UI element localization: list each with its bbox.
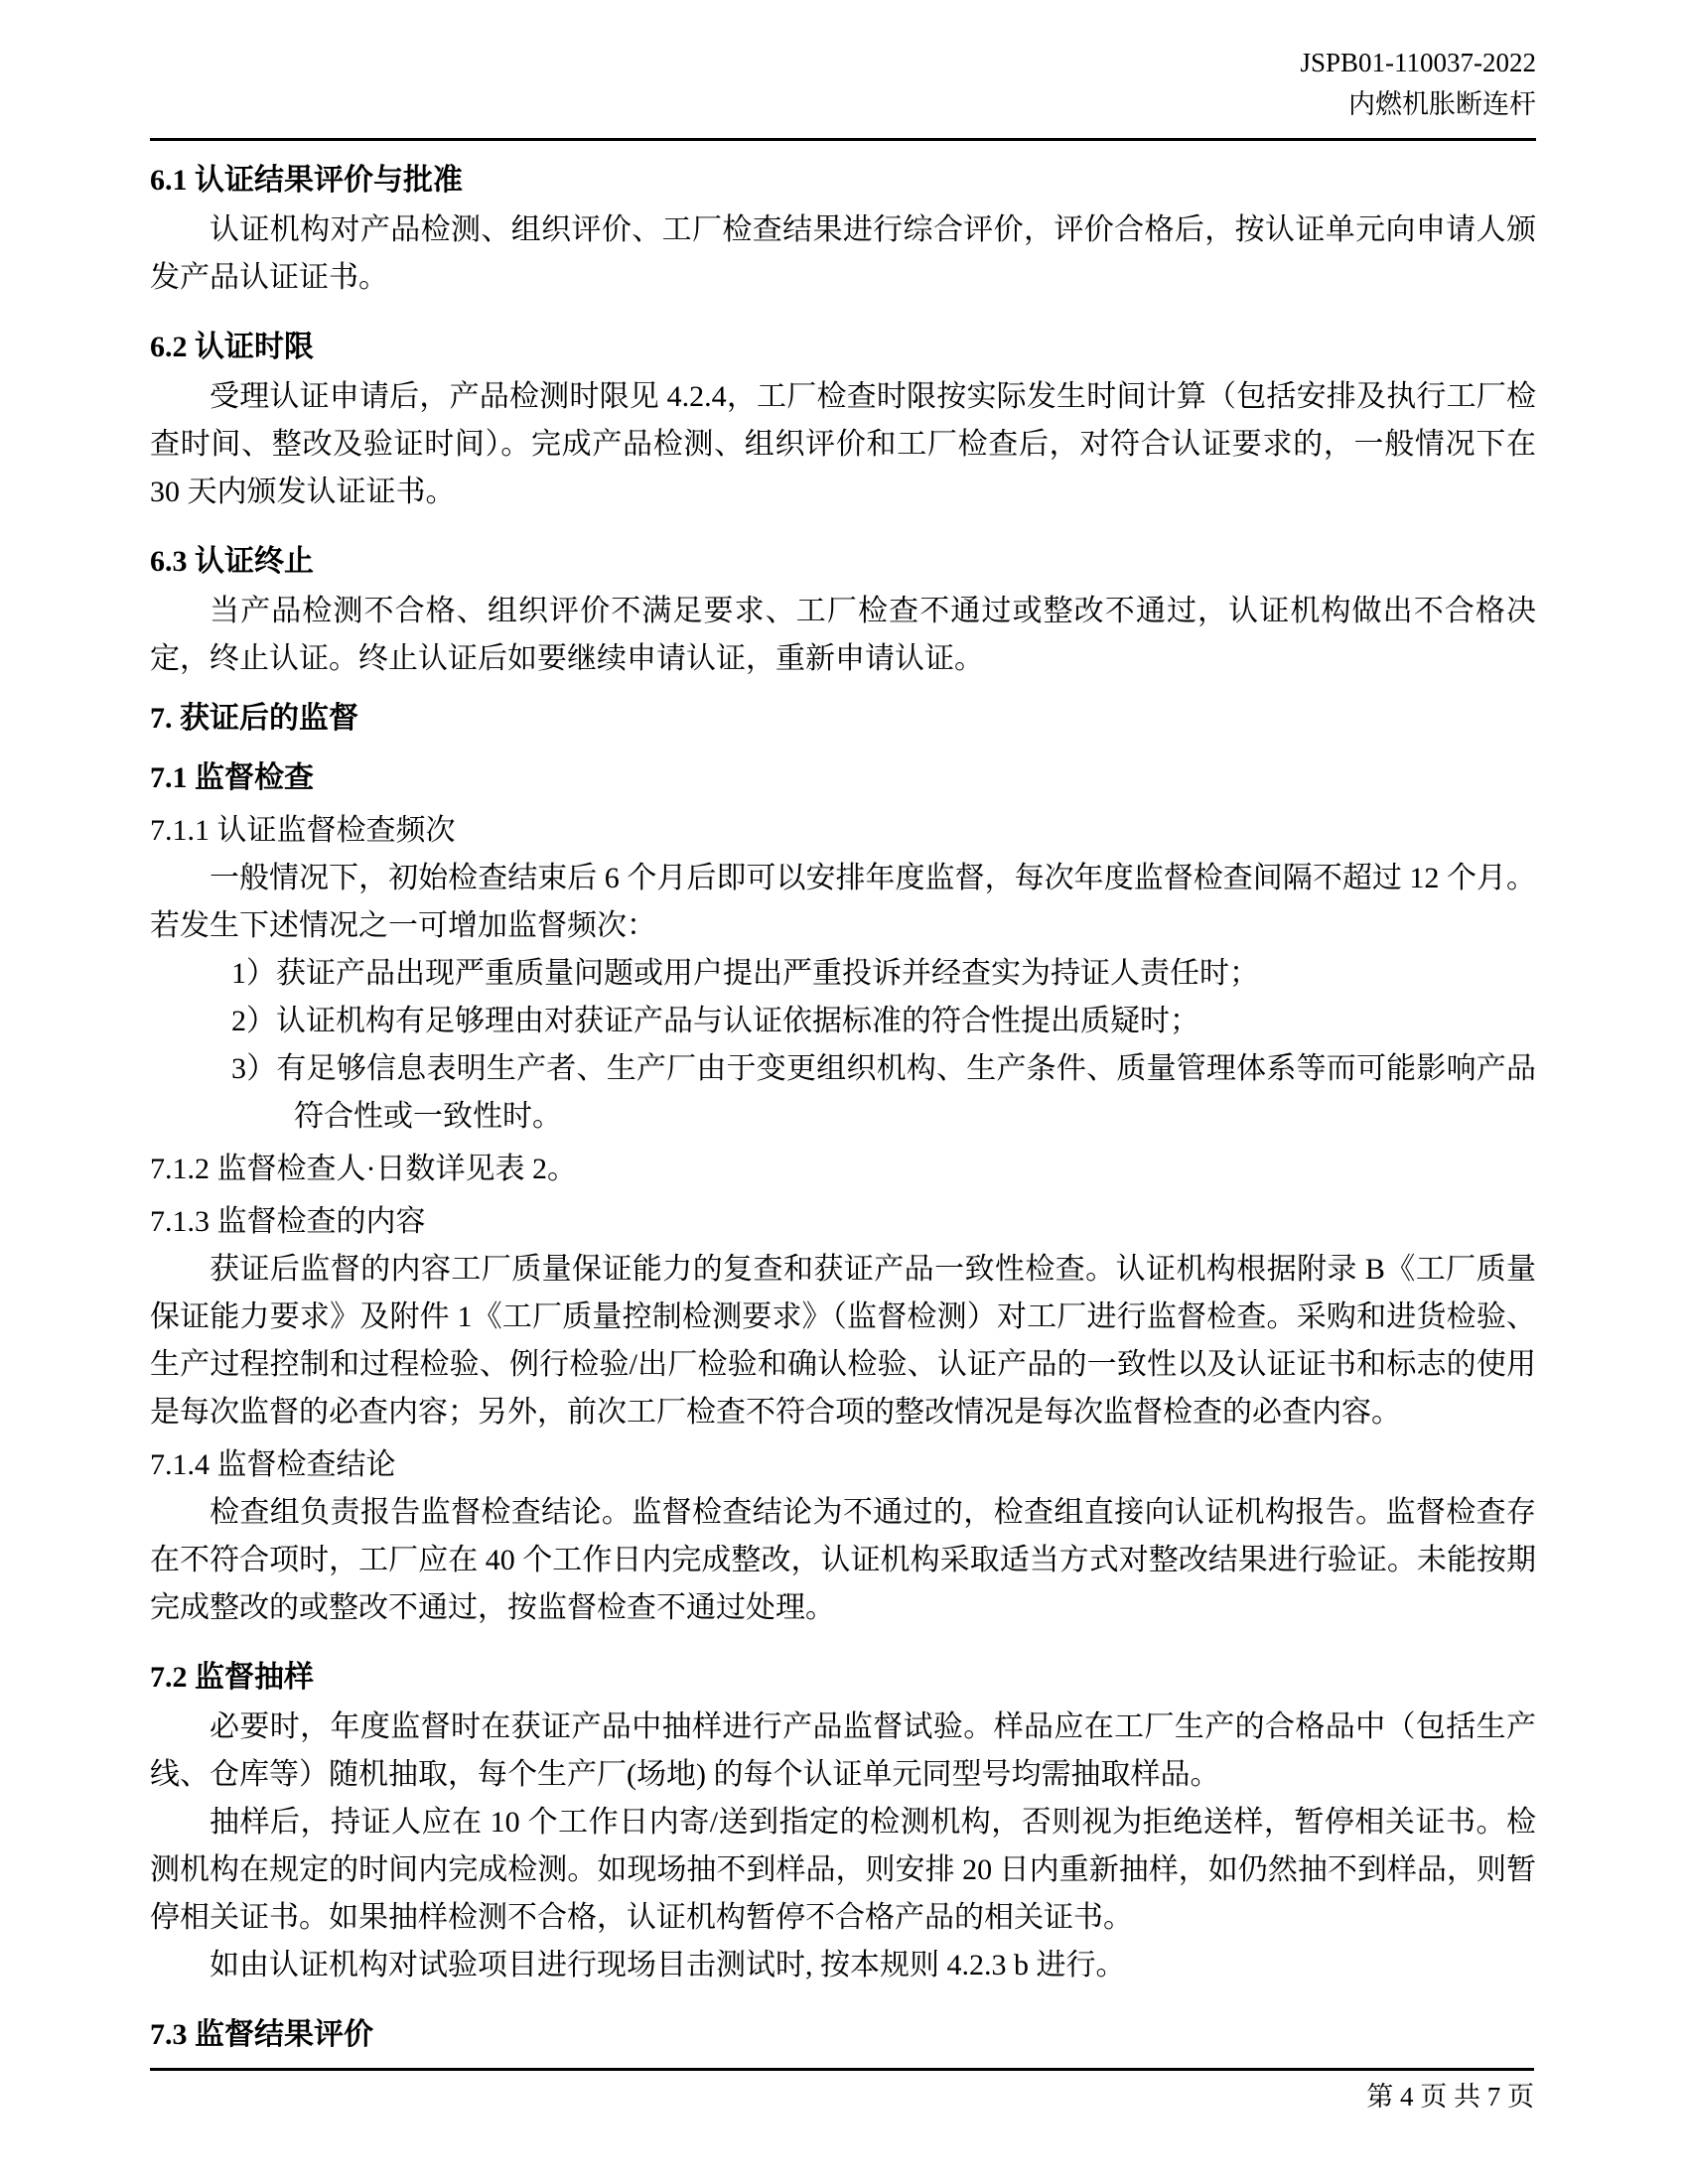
heading-7-1-4: 7.1.4 监督检查结论 bbox=[150, 1441, 1536, 1489]
heading-7: 7. 获证后的监督 bbox=[150, 695, 1536, 743]
footer-rule bbox=[150, 2068, 1534, 2071]
header-rule bbox=[150, 138, 1536, 141]
heading-7-1: 7.1 监督检查 bbox=[150, 754, 1536, 802]
paragraph-6-2: 受理认证申请后，产品检测时限见 4.2.4，工厂检查时限按实际发生时间计算（包括… bbox=[150, 373, 1536, 516]
heading-6-1: 6.1 认证结果评价与批准 bbox=[150, 157, 1536, 205]
paragraph-7-1-4: 检查组负责报告监督检查结论。监督检查结论为不通过的，检查组直接向认证机构报告。监… bbox=[150, 1489, 1536, 1632]
heading-7-1-2: 7.1.2 监督检查人·日数详见表 2。 bbox=[150, 1146, 1536, 1193]
heading-7-3: 7.3 监督结果评价 bbox=[150, 2011, 1536, 2059]
list-item-2: 2）认证机构有足够理由对获证产品与认证依据标准的符合性提出质疑时； bbox=[231, 998, 1536, 1045]
paragraph-7-2-c: 如由认证机构对试验项目进行现场目击测试时, 按本规则 4.2.3 b 进行。 bbox=[150, 1942, 1536, 1989]
page-header: JSPB01-110037-2022 内燃机胀断连杆 bbox=[150, 42, 1536, 125]
document-body: 6.1 认证结果评价与批准 认证机构对产品检测、组织评价、工厂检查结果进行综合评… bbox=[150, 151, 1536, 2061]
paragraph-7-2-a: 必要时，年度监督时在获证产品中抽样进行产品监督试验。样品应在工厂生产的合格品中（… bbox=[150, 1704, 1536, 1799]
doc-code: JSPB01-110037-2022 bbox=[150, 42, 1536, 83]
paragraph-6-1: 认证机构对产品检测、组织评价、工厂检查结果进行综合评价，评价合格后，按认证单元向… bbox=[150, 206, 1536, 302]
heading-6-2: 6.2 认证时限 bbox=[150, 324, 1536, 371]
page-number: 第 4 页 共 7 页 bbox=[1366, 2077, 1534, 2116]
paragraph-7-1-3: 获证后监督的内容工厂质量保证能力的复查和获证产品一致性检查。认证机构根据附录 B… bbox=[150, 1246, 1536, 1436]
heading-7-1-1: 7.1.1 认证监督检查频次 bbox=[150, 807, 1536, 855]
heading-7-1-3: 7.1.3 监督检查的内容 bbox=[150, 1198, 1536, 1246]
document-page: JSPB01-110037-2022 内燃机胀断连杆 6.1 认证结果评价与批准… bbox=[0, 0, 1688, 2184]
paragraph-7-2-b: 抽样后，持证人应在 10 个工作日内寄/送到指定的检测机构，否则视为拒绝送样，暂… bbox=[150, 1799, 1536, 1942]
paragraph-7-1-1: 一般情况下，初始检查结束后 6 个月后即可以安排年度监督，每次年度监督检查间隔不… bbox=[150, 855, 1536, 950]
heading-7-2: 7.2 监督抽样 bbox=[150, 1654, 1536, 1702]
heading-6-3: 6.3 认证终止 bbox=[150, 538, 1536, 586]
list-item-3: 3）有足够信息表明生产者、生产厂由于变更组织机构、生产条件、质量管理体系等而可能… bbox=[231, 1045, 1536, 1141]
paragraph-6-3: 当产品检测不合格、组织评价不满足要求、工厂检查不通过或整改不通过，认证机构做出不… bbox=[150, 588, 1536, 683]
doc-product-name: 内燃机胀断连杆 bbox=[150, 83, 1536, 125]
list-item-1: 1）获证产品出现严重质量问题或用户提出严重投诉并经查实为持证人责任时； bbox=[231, 950, 1536, 998]
